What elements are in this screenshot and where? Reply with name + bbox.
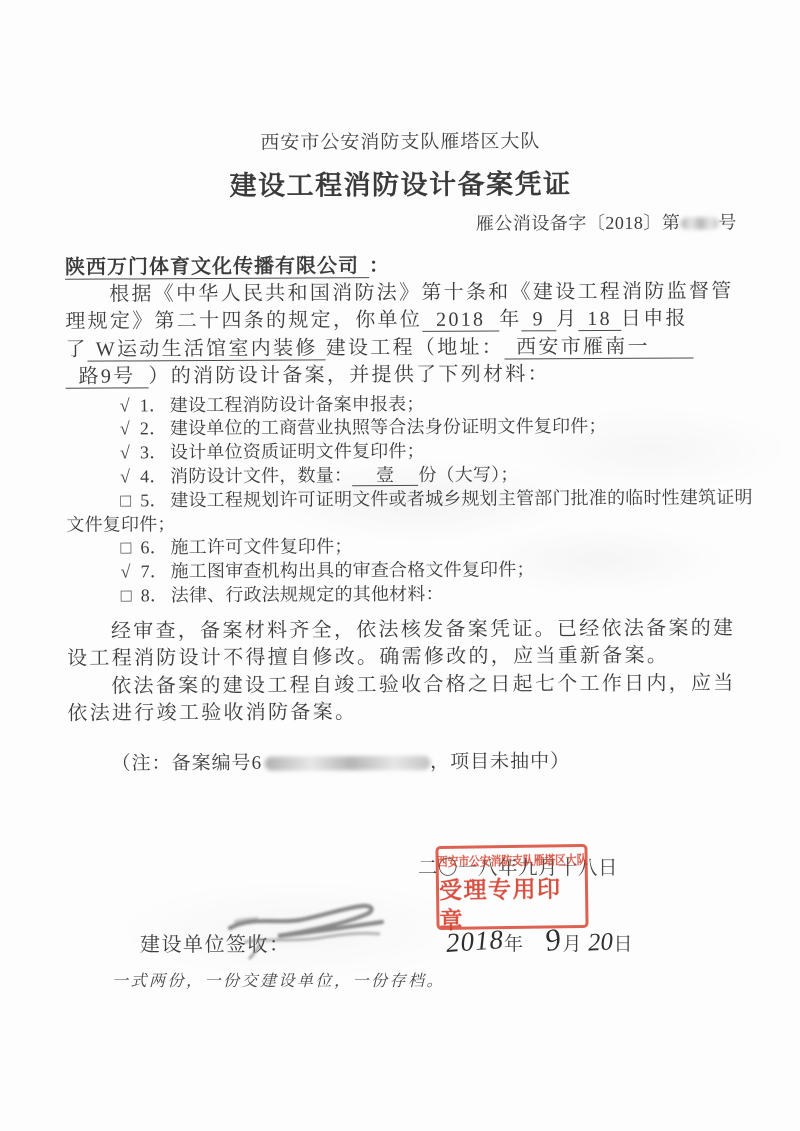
handwritten-day: 20 — [587, 928, 613, 957]
intro-line-3-mid: 建设工程（地址： — [326, 336, 505, 359]
intro-line-3-pre: 了 — [65, 338, 87, 360]
stamp-agency-line: 西安市公安消防支队雁塔区大队 — [436, 852, 587, 870]
closing-paragraphs: 经审查，备案材料齐全，依法核发备案凭证。已经依法备案的建 设工程消防设计不得擅自… — [67, 615, 740, 728]
closing-p2-line1: 依法备案的建设工程自竣工验收合格之日起七个工作日内，应当 — [67, 670, 739, 701]
document-number-line: 雁公消设备字〔2018〕第号 — [65, 210, 737, 238]
intro-line-1: 根据《中华人民共和国消防法》第十条和《建设工程消防监督管 — [65, 278, 737, 309]
filing-day-fill: 18 — [578, 308, 621, 331]
addressee-colon: ： — [369, 255, 390, 277]
checklist-item-text: 建设单位的工商营业执照等合法身份证明文件复印件； — [170, 416, 607, 438]
checklist-item: √1．建设工程消防设计备案申报表； — [66, 391, 738, 418]
scanned-document-page: 西安市公安消防支队雁塔区大队 建设工程消防设计备案凭证 雁公消设备字〔2018〕… — [0, 0, 800, 1131]
filing-month-fill: 9 — [522, 309, 556, 332]
checklist-item-text: 份（大写）； — [418, 464, 518, 485]
filing-year-fill: 2018 — [422, 309, 499, 332]
check-mark-icon: √ — [120, 442, 140, 466]
check-mark-icon: √ — [121, 561, 141, 585]
handwritten-issue-date: 2018年9月20日 — [446, 922, 633, 958]
month-label: 月 — [556, 308, 578, 330]
issue-month-label: 月 — [563, 934, 582, 955]
checklist-item-text: 法律、行政法规规定的其他材料： — [171, 584, 444, 605]
intro-line-4: 路9号）的消防设计备案，并提供了下列材料： — [66, 360, 738, 391]
checklist-item: √2．建设单位的工商营业执照等合法身份证明文件复印件； — [66, 415, 738, 442]
registration-number-redaction-smudge — [264, 756, 430, 771]
checklist-item-number: 5． — [140, 489, 170, 513]
year-label: 年 — [499, 309, 521, 331]
checklist-item-number: 8． — [141, 584, 171, 608]
checklist-item-number: 3． — [140, 441, 170, 465]
acceptance-stamp: 西安市公安消防支队雁塔区大队 受理专用印章 — [435, 844, 588, 930]
checklist-item: □5．建设工程规划许可证明文件或者城乡规划主管部门批准的临时性建筑证明 — [66, 486, 738, 513]
empty-checkbox-icon: □ — [120, 537, 140, 561]
materials-checklist: √1．建设工程消防设计备案申报表；√2．建设单位的工商营业执照等合法身份证明文件… — [66, 391, 739, 609]
intro-line-4-rest: ）的消防设计备案，并提供了下列材料： — [148, 363, 550, 387]
checklist-fill-value: 壹 — [352, 465, 418, 486]
address-fill-part2: 路9号 — [66, 366, 149, 389]
check-mark-icon: √ — [120, 465, 140, 489]
handwritten-year: 2018 — [445, 924, 505, 959]
closing-p1-line1: 经审查，备案材料齐全，依法核发备案凭证。已经依法备案的建 — [67, 615, 739, 646]
checklist-item: √7．施工图审查机构出具的审查合格文件复印件； — [67, 557, 739, 584]
empty-checkbox-icon: □ — [120, 489, 140, 513]
check-mark-icon: √ — [120, 418, 140, 442]
closing-p2-line2: 依法进行竣工验收消防备案。 — [67, 697, 739, 728]
checklist-item-text: 施工图审查机构出具的审查合格文件复印件； — [171, 560, 535, 582]
signature-scribble-svg — [222, 896, 392, 960]
handwritten-month: 9 — [542, 921, 564, 959]
checklist-item-number: 4． — [140, 465, 170, 489]
addressee-company-name: 陕西万门体育文化传播有限公司 — [65, 255, 369, 280]
checklist-item-number: 6． — [140, 537, 170, 561]
issue-day-label: 日 — [614, 934, 633, 955]
addressee-line: 陕西万门体育文化传播有限公司： — [65, 251, 737, 282]
checklist-item-continuation: 文件复印件； — [66, 510, 738, 537]
checklist-item-number: 1． — [140, 394, 170, 418]
intro-line-2-text: 理规定》第二十四条的规定，你单位 — [65, 309, 422, 333]
checklist-item-number: 7． — [141, 560, 171, 584]
intro-line-3: 了W运动生活馆室内装修建设工程（地址：西安市雁南一 — [65, 333, 737, 364]
intro-line-2: 理规定》第二十四条的规定，你单位2018年9月18日申报 — [65, 306, 737, 337]
note-suffix: ，项目未抽中） — [430, 752, 570, 774]
registration-note-line: （注：备案编号6，项目未抽中） — [68, 746, 740, 777]
checklist-item-number: 2． — [140, 418, 170, 442]
checklist-item-text: 建设工程规划许可证明文件或者城乡规划主管部门批准的临时性建筑证明 — [170, 487, 753, 510]
check-mark-icon: √ — [120, 394, 140, 418]
issuing-agency: 西安市公安消防支队雁塔区大队 — [64, 128, 736, 157]
note-prefix: （注：备案编号 — [112, 753, 252, 775]
issue-year-label: 年 — [504, 934, 523, 955]
checklist-item: √4．消防设计文件，数量：壹份（大写）； — [66, 462, 738, 489]
empty-checkbox-icon: □ — [121, 584, 141, 608]
checklist-item-text: 建设工程消防设计备案申报表； — [170, 394, 425, 415]
address-fill-part1: 西安市雁南一 — [504, 335, 694, 359]
document-number-prefix: 雁公消设备字〔2018〕第 — [476, 213, 681, 234]
project-name-fill: W运动生活馆室内装修 — [88, 337, 326, 361]
day-label: 日申报 — [621, 308, 688, 330]
document-number-redaction-smudge — [680, 217, 718, 229]
document-number-suffix: 号 — [718, 212, 737, 232]
closing-p1-line2: 设工程消防设计不得擅自修改。确需修改的，应当重新备案。 — [67, 642, 739, 673]
checklist-item: □6．施工许可文件复印件； — [66, 534, 738, 561]
checklist-item-text: 消防设计文件，数量： — [170, 465, 352, 486]
checklist-item: □8．法律、行政法规规定的其他材料： — [67, 581, 739, 608]
document-title: 建设工程消防设计备案凭证 — [65, 166, 737, 205]
checklist-item-text: 设计单位资质证明文件复印件； — [170, 441, 425, 462]
checklist-item-text: 施工许可文件复印件； — [170, 537, 352, 558]
copies-instruction-note: 一式两份，一份交建设单位，一份存档。 — [112, 968, 445, 991]
signature-scribble — [222, 896, 392, 965]
document-content: 西安市公安消防支队雁塔区大队 建设工程消防设计备案凭证 雁公消设备字〔2018〕… — [64, 128, 739, 776]
checklist-item: √3．设计单位资质证明文件复印件； — [66, 438, 738, 465]
registration-number-digit: 6 — [252, 753, 263, 774]
